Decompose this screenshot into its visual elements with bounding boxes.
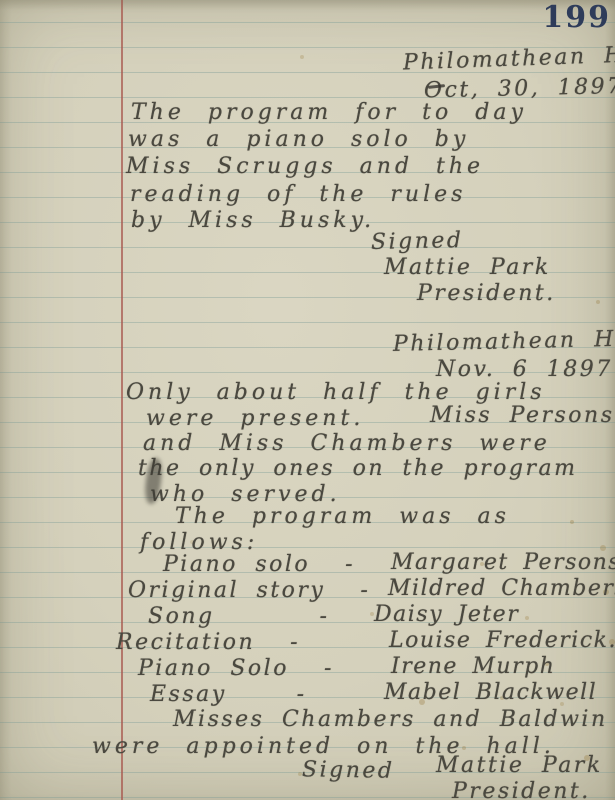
entry1-body-line: was a piano solo by [128, 127, 469, 152]
program-item-role: Song - [148, 604, 329, 629]
ledger-page-scan: 199 Philomathean Hall Oct, 30, 1897. The… [0, 0, 615, 800]
program-item-role: Recitation - [116, 630, 300, 655]
entry2-body-line: the only ones on the program [138, 456, 577, 481]
entry1-signed-label: Signed [371, 228, 464, 255]
entry2-body-line: and Miss Chambers were [143, 431, 551, 456]
program-item-name: Irene Murph [391, 654, 555, 679]
program-item-name: Louise Frederick. [389, 628, 615, 653]
entry1-heading-place: Philomathean Hall [403, 42, 615, 76]
program-item-name: Mildred Chambers [388, 576, 615, 601]
foxing-spots [0, 0, 4, 4]
entry2-body-line: were present. [146, 406, 364, 431]
entry1-body-line: reading of the rules [130, 182, 466, 207]
program-item-role: Piano solo - [163, 552, 355, 577]
program-item-role: Essay - [150, 682, 307, 707]
entry1-signer-title: President. [417, 281, 556, 306]
entry2-signed-label: Signed [302, 757, 395, 784]
program-item-role: Piano Solo - [138, 656, 334, 681]
program-item-name: Mabel Blackwell [384, 680, 597, 705]
entry1-body-line: by Miss Busky. [131, 208, 375, 233]
entry2-intro-line: The program was as [175, 504, 510, 529]
entry1-signature: Mattie Park [384, 255, 551, 280]
entry2-signer-title: President. [452, 779, 591, 800]
program-item-name: Daisy Jeter [374, 602, 519, 627]
program-item-name: Margaret Persons [391, 550, 615, 575]
entry1-heading-date: Oct, 30, 1897. [424, 74, 615, 104]
entry2-body-line: Miss Persons [430, 403, 614, 428]
entry2-closing-line: Misses Chambers and Baldwin [173, 707, 608, 732]
entry2-heading-date: Nov. 6 1897 [436, 357, 613, 382]
program-item-role: Original story - [128, 578, 370, 603]
entry1-body-line: The program for to day [131, 100, 527, 125]
page-number: 199 [542, 0, 611, 35]
entry2-body-line: Only about half the girls [126, 380, 546, 405]
entry2-signature: Mattie Park [436, 753, 603, 778]
red-margin-line [121, 0, 123, 800]
entry2-heading-place: Philomathean Hall [393, 326, 615, 357]
entry1-body-line: Miss Scruggs and the [126, 154, 484, 179]
